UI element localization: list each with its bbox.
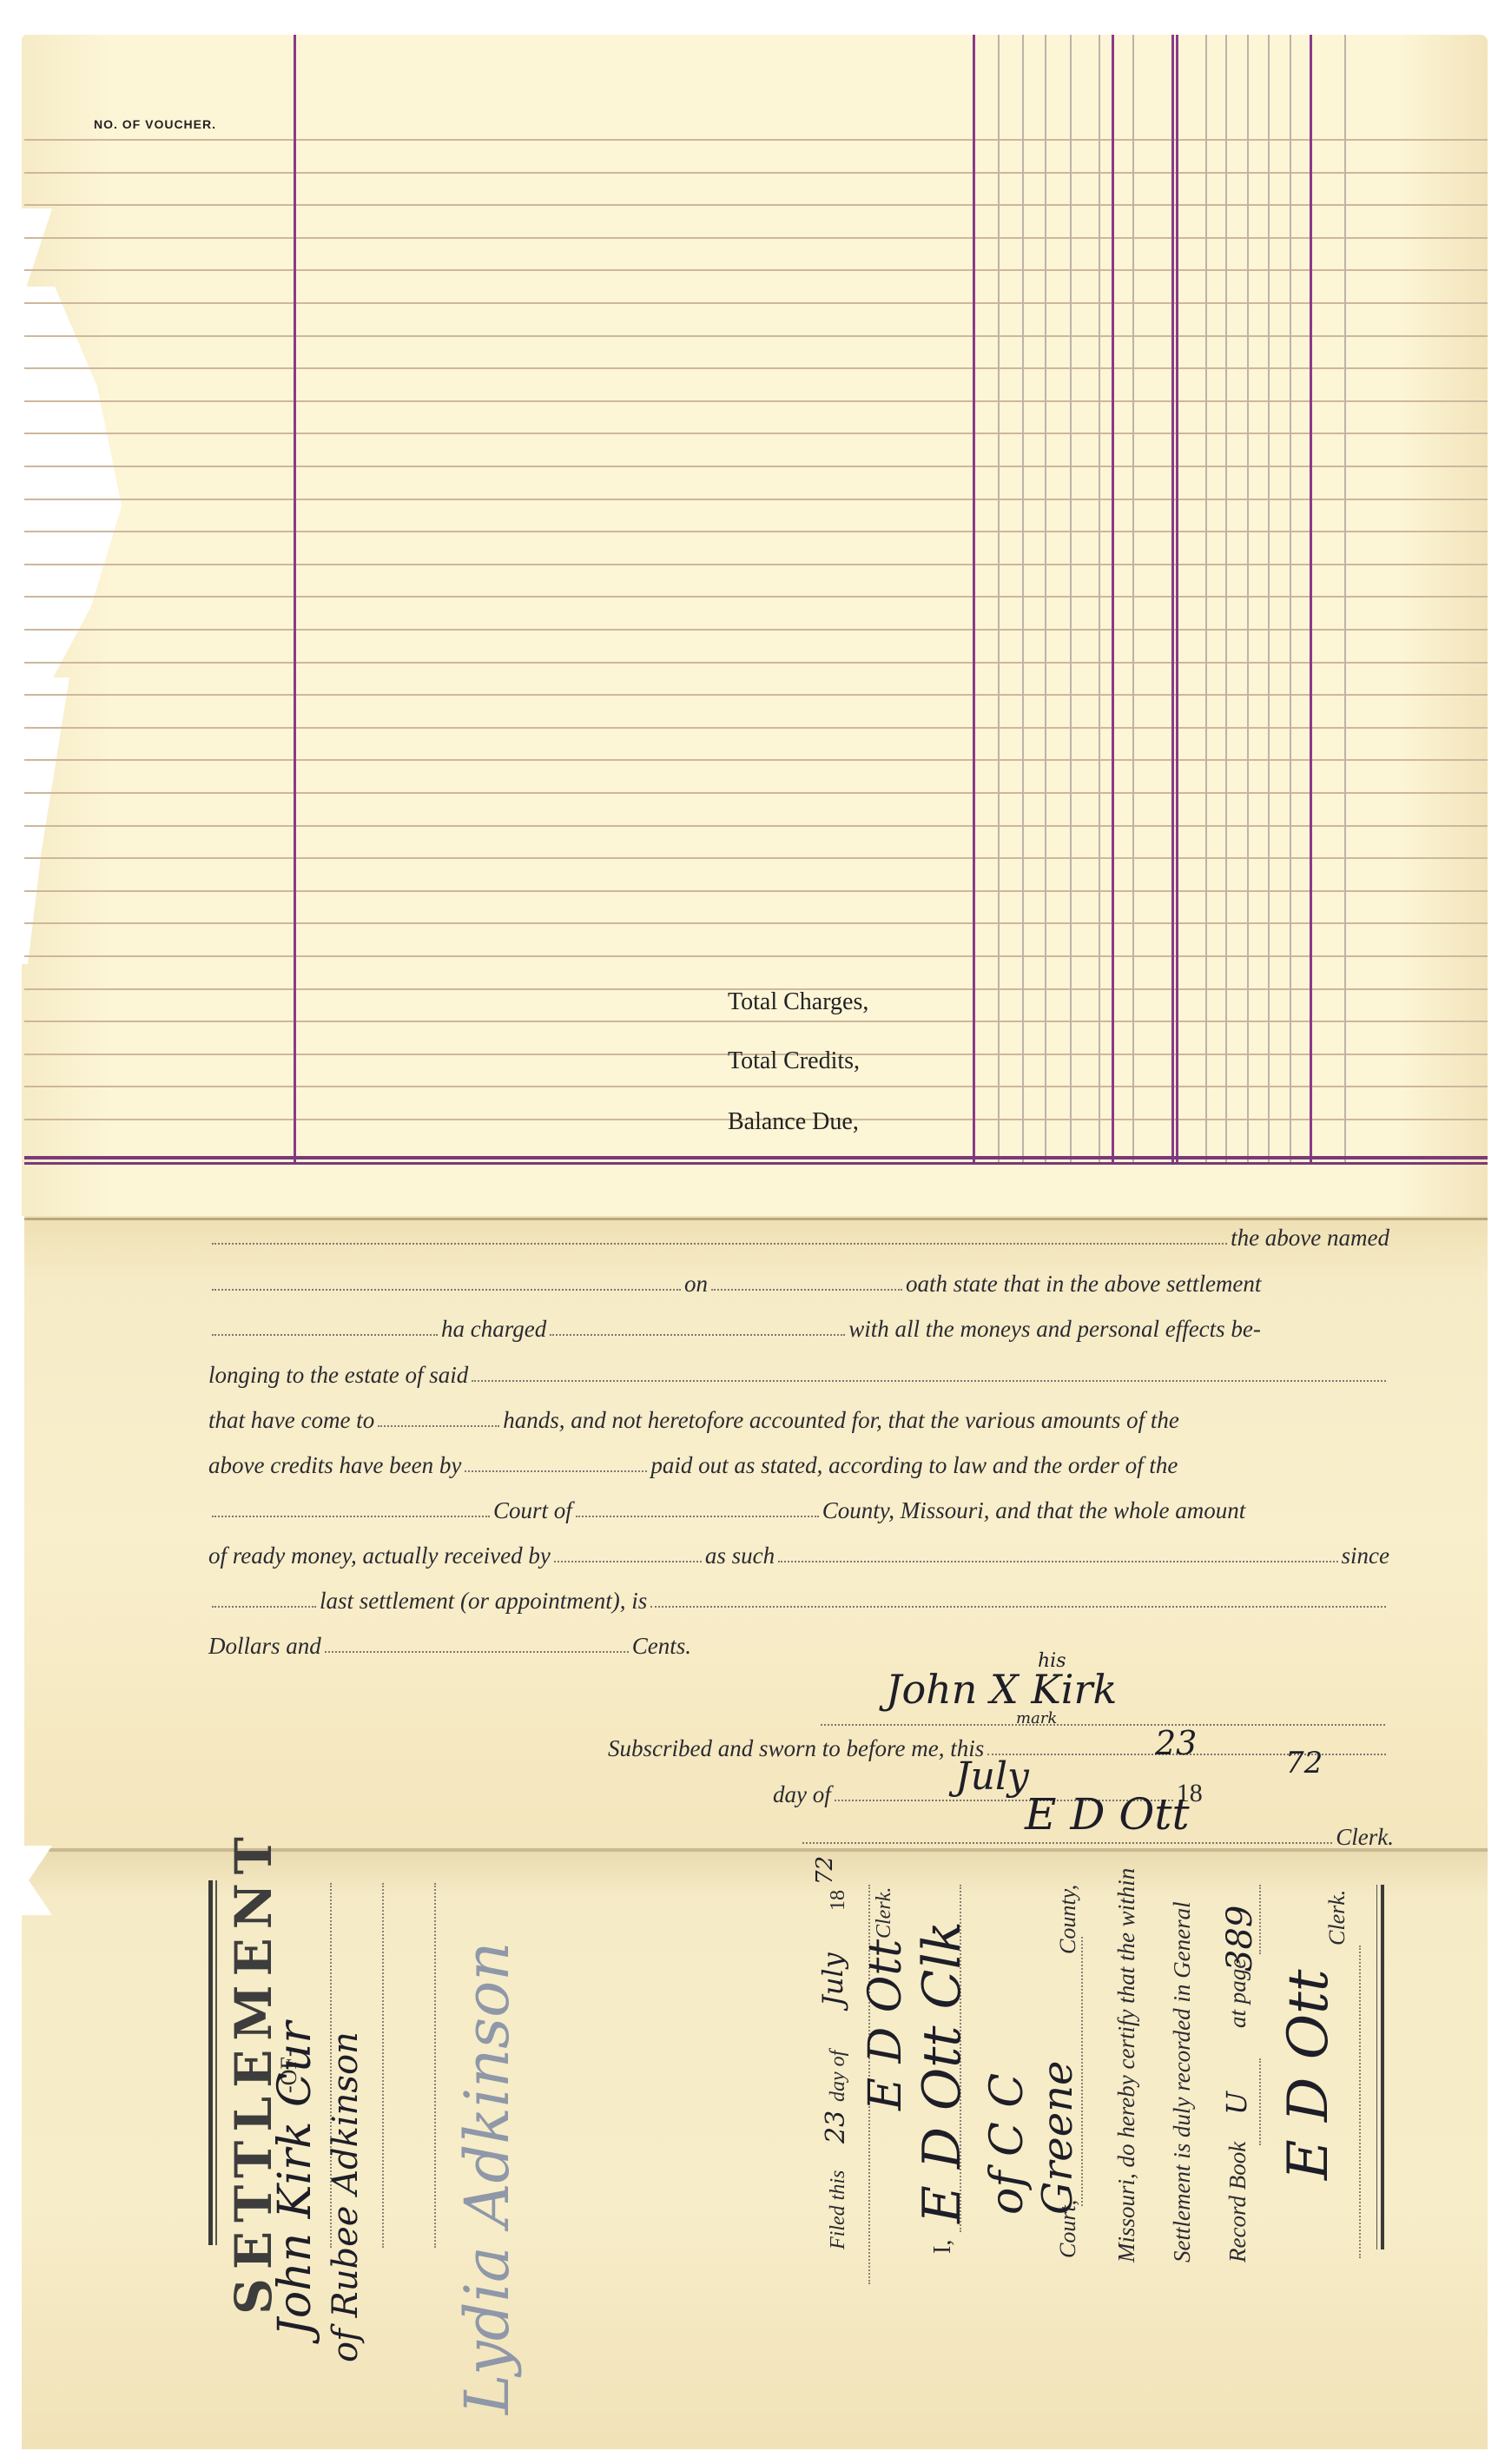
oath-text: of ready money, actually received by [208,1542,551,1569]
ledger-rule [1070,35,1072,1164]
oath-text: with all the moneys and personal effects… [848,1316,1261,1343]
filed-year-prefix: 18 [827,1890,850,1911]
ledger-rule [1225,35,1227,1164]
fold-line [24,1218,1488,1220]
sworn-month-value: July [955,1754,1029,1799]
cert-book-value: U [1220,2091,1253,2115]
cert-line-2: Settlement is duly recorded in General [1169,1901,1196,2263]
oath-line-7: Court of County, Missouri, and that the … [208,1497,1389,1524]
blank-field[interactable] [325,1651,629,1653]
oath-text: above credits have been by [208,1452,461,1479]
signature-line[interactable] [821,1724,1385,1726]
blank-field[interactable] [212,1243,1227,1245]
voucher-header: NO. OF VOUCHER. [94,117,216,131]
oath-text: since [1342,1542,1389,1569]
ledger-rule [1247,35,1249,1164]
oath-line-9: last settlement (or appointment), is [208,1588,1389,1615]
clerk-label: Clerk. [1336,1824,1394,1851]
oath-line-4: longing to the estate of said [208,1362,1389,1389]
oath-text: that have come to [208,1407,374,1434]
cert-clerk-label: Clerk. [1324,1890,1350,1945]
blank-field[interactable] [576,1516,819,1517]
ledger-rule [998,35,1000,1164]
oath-line-3: ha charged with all the moneys and perso… [208,1316,1389,1343]
affiant-signature: John X Kirk [886,1666,1117,1713]
docket-rule [215,1880,217,2245]
oath-line-10: Dollars and Cents. [208,1633,1389,1660]
ledger-rule [1344,35,1346,1164]
oath-line-1: the above named [208,1225,1389,1252]
oath-text: last settlement (or appointment), is [320,1588,647,1615]
docket-name2-handwritten: of Rubee Adkinson [326,2031,366,2362]
ledger-rule [1310,35,1312,1164]
ledger-rule [1045,35,1046,1164]
cert-county-handwritten: Greene [1033,2061,1082,2215]
ledger-rule [1268,35,1270,1164]
oath-text: Court of [493,1497,572,1524]
filed-month: July [816,1952,849,2006]
oath-text: County, Missouri, and that the whole amo… [822,1497,1246,1524]
cert-i: I, [929,2240,957,2254]
oath-text: Dollars and [208,1633,321,1660]
docket-rule-right [1381,1885,1384,2249]
oath-text: ha charged [441,1316,546,1343]
ledger-rule [973,35,975,1164]
ledger-rule [1290,35,1291,1164]
blank-field[interactable] [650,1606,1386,1608]
oath-text: paid out as stated, according to law and… [650,1452,1178,1479]
blank-field[interactable] [212,1516,490,1517]
cert-court-handwritten: of C C [981,2073,1033,2215]
blank-field[interactable] [550,1334,845,1336]
cert-county-label: County, [1055,1885,1081,1954]
ledger-rule [1176,35,1178,1164]
total-charges-label: Total Charges, [728,988,868,1016]
oath-text: Cents. [632,1633,691,1660]
blank-field[interactable] [212,1606,316,1608]
year-suffix-value: 72 [1285,1746,1323,1780]
filed-day: 23 [821,2111,851,2144]
ledger-rule [1205,35,1207,1164]
ledger-bottom-rule [24,1156,1488,1159]
balance-due-label: Balance Due, [728,1108,859,1136]
cert-line-1: Missouri, do hereby certify that the wit… [1113,1868,1140,2263]
blank-field[interactable] [212,1334,438,1336]
ledger-rule [1171,35,1174,1164]
ledger-rule [1112,35,1114,1164]
docket-rule [208,1880,213,2245]
docket-name-handwritten: John Kirk Cur [269,2022,321,2336]
filed-label: Filed this [827,2170,850,2249]
cert-page-value: 389 [1220,1906,1260,1972]
cert-name-handwritten: E D Ott Clk [912,1921,973,2223]
blank-field[interactable] [465,1470,647,1472]
blank-field[interactable] [554,1561,702,1562]
blank-field[interactable] [212,1289,681,1291]
blank-field[interactable] [472,1380,1386,1382]
oath-text: as such [705,1542,775,1569]
oath-text: hands, and not heretofore accounted for,… [503,1407,1179,1434]
day-of-label: day of [773,1781,831,1808]
pencil-name: Lydia Adkinson [452,1942,523,2414]
cert-book-field[interactable] [1259,2058,1261,2145]
oath-line-8: of ready money, actually received by as … [208,1542,1389,1569]
filed-clerk-label: Clerk. [873,1887,896,1939]
oath-text: the above named [1231,1225,1389,1252]
oath-text: longing to the estate of said [208,1362,468,1389]
filed-day-of: day of [827,2051,850,2102]
ledger-rule [1099,35,1100,1164]
ledger-bottom-rule [24,1162,1488,1165]
cert-clerk-signature: E D Ott [1277,1969,1341,2180]
oath-text: on [684,1271,708,1298]
blank-field[interactable] [711,1289,902,1291]
cert-clerk-field[interactable] [1359,1945,1361,2258]
docket-rule-right [1376,1885,1377,2249]
cert-book-label: Record Book [1224,2142,1251,2263]
clerk-signature: E D Ott [1025,1789,1190,1840]
oath-line-6: above credits have been by paid out as s… [208,1452,1389,1479]
docket-blank-line[interactable] [434,1883,436,2248]
clerk-signature-field[interactable] [802,1842,1332,1844]
oath-line-2: on oath state that in the above settleme… [208,1271,1389,1298]
oath-line-5: that have come to hands, and not heretof… [208,1407,1389,1434]
docket-blank-line[interactable] [382,1883,384,2248]
ledger-rule [1132,35,1134,1164]
sworn-label: Subscribed and sworn to before me, this [608,1735,984,1762]
oath-text: oath state that in the above settlement [906,1271,1261,1298]
filed-clerk-signature: E D Ott [860,1939,912,2111]
ledger-rule [1022,35,1024,1164]
sworn-day-value: 23 [1155,1724,1197,1762]
ledger-rule [294,35,296,1164]
blank-field[interactable] [378,1425,499,1427]
filed-year-suffix: 72 [812,1856,838,1885]
total-credits-label: Total Credits, [728,1047,860,1075]
blank-field[interactable] [778,1561,1337,1562]
